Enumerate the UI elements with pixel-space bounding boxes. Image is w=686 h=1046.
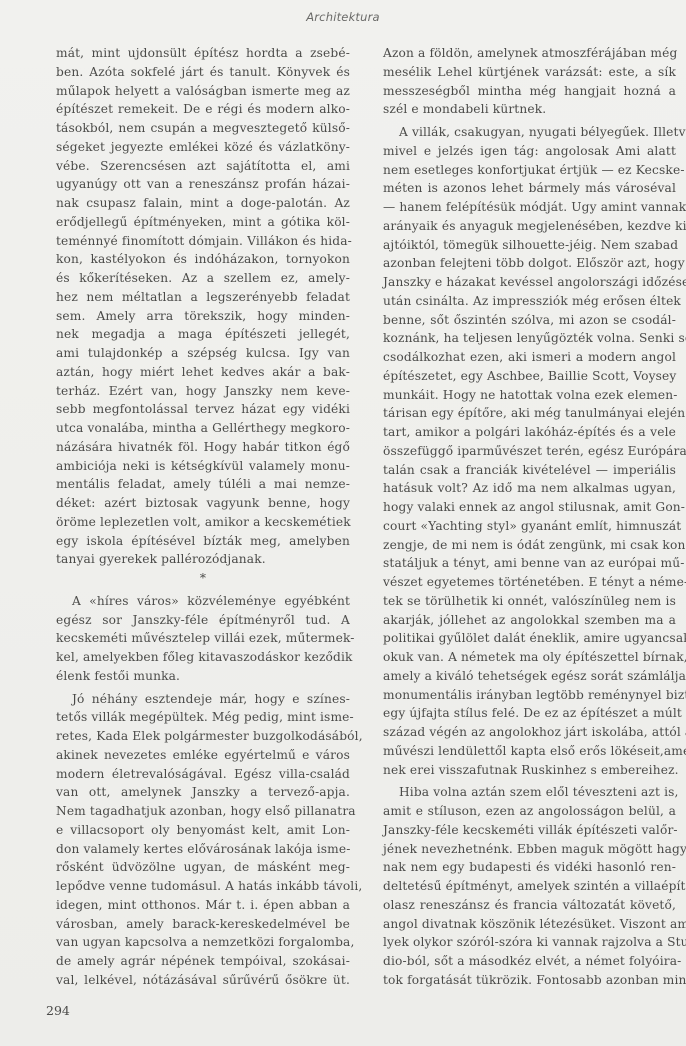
text-line: — hanem felépítésük módját. Ugy amint va… xyxy=(383,198,676,217)
text-line: tok forgatását tükrözik. Fontosabb azonb… xyxy=(383,971,676,990)
page-number: 294 xyxy=(46,1003,70,1018)
text-line: hez nem méltatlan a legszerényebb felada… xyxy=(56,288,350,307)
text-line: tanyai gyerekek pallérozódjanak. xyxy=(56,550,350,569)
text-line: ugyanúgy ott van a reneszánsz profán ház… xyxy=(56,175,350,194)
text-line: egész sor Janszky-féle építményről tud. … xyxy=(56,611,350,630)
text-line: nem esetleges konfortjukat értjük — ez K… xyxy=(383,161,676,180)
text-line: tárisan egy építőre, aki még tanulmányai… xyxy=(383,404,676,423)
text-line: kon, kastélyokon és indóházakon, tornyok… xyxy=(56,250,350,269)
text-line: don valamely kertes elővárosának lakója … xyxy=(56,840,350,859)
text-line: názására hivatnék föl. Hogy habár titkon… xyxy=(56,438,350,457)
text-line: öröme leplezetlen volt, amikor a kecskem… xyxy=(56,513,350,532)
text-line: méten is azonos lehet bármely más városé… xyxy=(383,179,676,198)
text-line: hogy valaki ennek az angol stilusnak, am… xyxy=(383,498,676,517)
text-line: terház. Ezért van, hogy Janszky nem keve… xyxy=(56,382,350,401)
text-line: déket: azért biztosak vagyunk benne, hog… xyxy=(56,494,350,513)
text-line: A «híres város» közvéleménye egyébként xyxy=(56,592,350,611)
text-line: amit e stíluson, ezen az angolosságon be… xyxy=(383,802,676,821)
text-line: dio-ból, sőt a másodkéz elvét, a német f… xyxy=(383,952,676,971)
text-line: mát, mint ujdonsült építész hordta a zse… xyxy=(56,44,350,63)
text-line: sem. Amely arra törekszik, hogy minden- xyxy=(56,307,350,326)
text-line: tek se törülhetik ki onnét, valószínüleg… xyxy=(383,592,676,611)
text-line: egy iskola építésével bízták meg, amelyb… xyxy=(56,532,350,551)
text-line: ségeket jegyezte emlékei közé és vázlatk… xyxy=(56,138,350,157)
text-line: van ugyan kapcsolva a nemzetközi forgalo… xyxy=(56,933,350,952)
text-line: koznánk, ha teljesen lenyűgözték volna. … xyxy=(383,329,676,348)
text-line: és kőkerítéseken. Az a szellem ez, amely… xyxy=(56,269,350,288)
text-line: aztán, hogy miért lehet kedves akár a ba… xyxy=(56,363,350,382)
text-line: modern életrevalóságával. Egész villa-cs… xyxy=(56,765,350,784)
text-line: összefüggő iparművészet terén, egész Eur… xyxy=(383,442,676,461)
text-line: építészetet, egy Aschbee, Baillie Scott,… xyxy=(383,367,676,386)
text-line: szél e mondabeli kürtnek. xyxy=(383,100,676,119)
text-line: hatásuk volt? Az idő ma nem alkalmas ugy… xyxy=(383,479,676,498)
text-line: nak nem egy budapesti és vidéki hasonló … xyxy=(383,858,676,877)
text-line: e villacsoport oly benyomást kelt, amit … xyxy=(56,821,350,840)
text-line: akinek nevezetes emléke egyértelmű e vár… xyxy=(56,746,350,765)
text-line: Hiba volna aztán szem elől téveszteni az… xyxy=(383,783,676,802)
text-line: talán csak a franciák kivételével — impe… xyxy=(383,461,676,480)
text-line: val, lelkével, nótázásával sűrűvérű ősök… xyxy=(56,971,350,990)
text-line: élenk festői munka. xyxy=(56,667,350,686)
text-line: Jó néhány esztendeje már, hogy e színes- xyxy=(56,690,350,709)
text-line: politikai gyűlölet dalát éneklik, amire … xyxy=(383,629,676,648)
text-line: angol divatnak köszönik létezésüket. Vis… xyxy=(383,915,676,934)
text-line: mentális feladat, amely túléli a mai nem… xyxy=(56,475,350,494)
text-line: ami tulajdonkép a szépség kulcsa. Igy va… xyxy=(56,344,350,363)
text-line: idegen, mint otthonos. Már t. i. épen ab… xyxy=(56,896,350,915)
text-line: ben. Azóta sokfelé járt és tanult. Könyv… xyxy=(56,63,350,82)
text-line: tásokból, nem csupán a megvesztegető kül… xyxy=(56,119,350,138)
text-line: Nem tagadhatjuk azonban, hogy első pilla… xyxy=(56,802,350,821)
text-line: okuk van. A németek ma oly építészettel … xyxy=(383,648,676,667)
text-line: van ott, amelynek Janszky a tervező-apja… xyxy=(56,783,350,802)
text-line: városban, amely barack-kereskedelmével b… xyxy=(56,915,350,934)
text-line: század végén az angolokhoz járt iskolába… xyxy=(383,723,676,742)
text-line: egy újfajta stílus felé. De ez az építés… xyxy=(383,704,676,723)
text-line: rősként üdvözölne ugyan, de másként meg- xyxy=(56,858,350,877)
text-line: amely a kiváló tehetségek egész sorát sz… xyxy=(383,667,676,686)
text-line: után csinálta. Az impressziók még erősen… xyxy=(383,292,676,311)
text-line: nek megadja a maga építészeti jellegét, xyxy=(56,325,350,344)
text-line: tart, amikor a polgári lakóház-építés és… xyxy=(383,423,676,442)
text-line: jének nevezhetnénk. Ebben maguk mögött h… xyxy=(383,840,676,859)
text-line: benne, sőt őszintén szólva, mi azon se c… xyxy=(383,311,676,330)
text-line: teménnyé finomított dómjain. Villákon és… xyxy=(56,232,350,251)
text-line: azonban felejteni több dolgot. Először a… xyxy=(383,254,676,273)
text-line: művészi lendülettől kapta első erős löké… xyxy=(383,742,676,761)
text-line: Azon a földön, amelynek atmoszférájában … xyxy=(383,44,676,63)
text-line: court «Yachting styl» gyanánt említ, him… xyxy=(383,517,676,536)
text-line: csodálkozhat ezen, aki ismeri a modern a… xyxy=(383,348,676,367)
text-line: mivel e jelzés igen tág: angolosak Ami a… xyxy=(383,142,676,161)
text-line: tetős villák megépültek. Még pedig, mint… xyxy=(56,708,350,727)
running-title: Architektura xyxy=(0,10,686,24)
book-page: Architektura mát, mint ujdonsült építész… xyxy=(0,0,686,1046)
text-line: vébe. Szerencsésen azt sajátította el, a… xyxy=(56,157,350,176)
text-line: mesélik Lehel kürtjének varázsát: este, … xyxy=(383,63,676,82)
text-line: nak csupasz falain, mint a doge-palotán.… xyxy=(56,194,350,213)
text-line: kel, amelyekben főleg kitavaszodáskor ke… xyxy=(56,648,350,667)
text-line: de amely agrár népének tempóival, szokás… xyxy=(56,952,350,971)
text-line: kecskeméti művésztelep villái ezek, műte… xyxy=(56,629,350,648)
text-line: vészet egyetemes történetében. E tényt a… xyxy=(383,573,676,592)
text-line: sebb megfontolással tervez házat egy vid… xyxy=(56,400,350,419)
text-line: Janszky e házakat kevéssel angolországi … xyxy=(383,273,676,292)
left-text-column: mát, mint ujdonsült építész hordta a zse… xyxy=(56,44,350,990)
text-line: lepődve venne tudomásul. A hatás inkább … xyxy=(56,877,350,896)
text-line: építészet remekeit. De e régi és modern … xyxy=(56,100,350,119)
text-line: utca vonalába, mintha a Gellérthegy megk… xyxy=(56,419,350,438)
text-line: ambiciója neki is kétségkívül valamely m… xyxy=(56,457,350,476)
text-line: statáljuk a tényt, ami benne van az euró… xyxy=(383,554,676,573)
text-line: munkáit. Hogy ne hatottak volna ezek ele… xyxy=(383,386,676,405)
right-text-column: Azon a földön, amelynek atmoszférájában … xyxy=(383,44,676,990)
text-line: A villák, csakugyan, nyugati bélyegűek. … xyxy=(383,123,676,142)
text-line: nek erei visszafutnak Ruskinhez s embere… xyxy=(383,761,676,780)
text-line: Janszky-féle kecskeméti villák építészet… xyxy=(383,821,676,840)
text-line: monumentális irányban legtöbb reménynyel… xyxy=(383,686,676,705)
text-line: akarják, jóllehet az angolokkal szemben … xyxy=(383,611,676,630)
text-line: deltetésű építményt, amelyek szintén a v… xyxy=(383,877,676,896)
text-line: műlapok helyett a valóságban ismerte meg… xyxy=(56,82,350,101)
text-line: olasz reneszánsz és francia változatát k… xyxy=(383,896,676,915)
section-divider-asterisk: * xyxy=(56,569,350,588)
text-line: ajtóiktól, tömegük silhouette-jéig. Nem … xyxy=(383,236,676,255)
text-line: lyek olykor szóról-szóra ki vannak rajzo… xyxy=(383,933,676,952)
text-line: retes, Kada Elek polgármester buzgolkodá… xyxy=(56,727,350,746)
text-line: erődjellegű építményeken, mint a gótika … xyxy=(56,213,350,232)
text-line: arányaik és anyaguk megjelenésében, kezd… xyxy=(383,217,676,236)
text-line: messzeségből mintha még hangjait hozná a xyxy=(383,82,676,101)
text-line: zengje, de mi nem is ódát zengünk, mi cs… xyxy=(383,536,676,555)
